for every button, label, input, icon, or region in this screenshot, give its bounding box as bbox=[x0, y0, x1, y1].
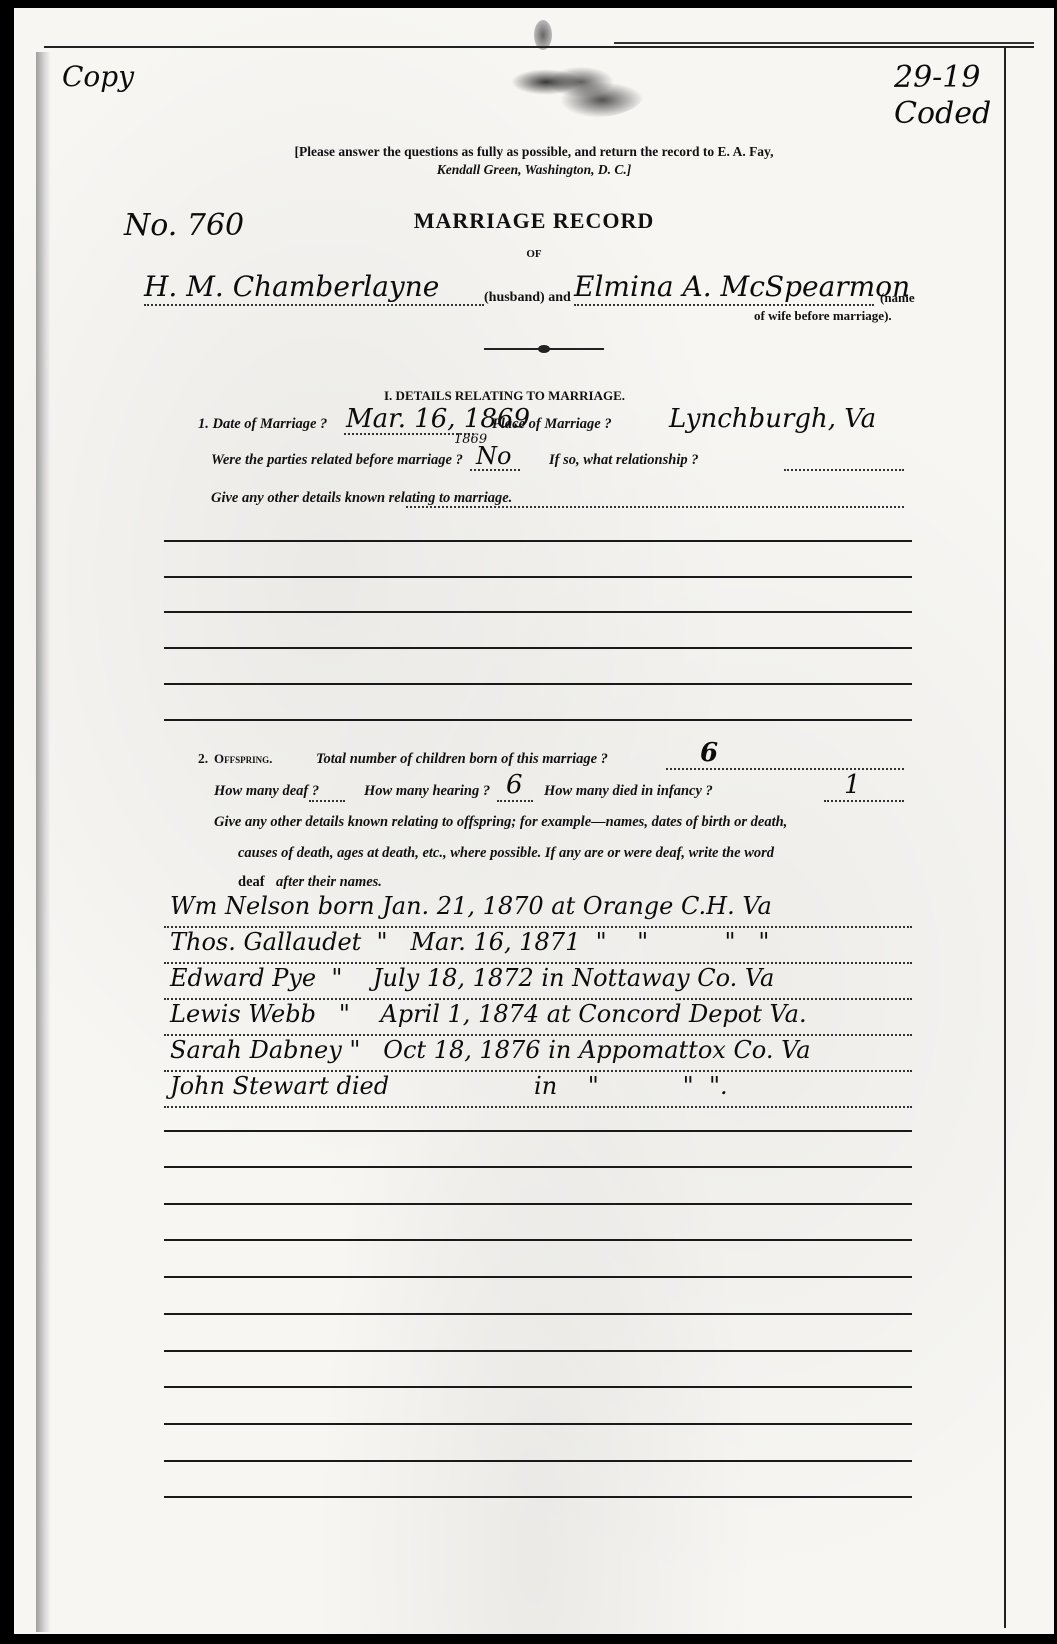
wife-name: Elmina A. McSpearmon bbox=[574, 270, 910, 303]
child-entry: Lewis Webb " April 1, 1874 at Concord De… bbox=[170, 1000, 807, 1028]
hearing-count-value: 6 bbox=[506, 770, 523, 800]
marriage-place-label: Place of Marriage ? bbox=[492, 416, 612, 433]
blank-line bbox=[164, 1460, 912, 1462]
section2-heading: Offspring. bbox=[214, 751, 272, 767]
blank-line bbox=[164, 1386, 912, 1388]
blank-line bbox=[164, 1276, 912, 1278]
husband-name-rule bbox=[144, 304, 484, 307]
died-infancy-value: 1 bbox=[844, 770, 861, 800]
related-value: No bbox=[476, 442, 511, 470]
instructions-line2: Kendall Green, Washington, D. C.] bbox=[214, 161, 854, 179]
instructions-line1: [Please answer the questions as fully as… bbox=[214, 143, 854, 161]
blank-line bbox=[164, 683, 912, 685]
blank-line bbox=[164, 1203, 912, 1205]
wife-label-1: (name bbox=[880, 290, 915, 306]
hearing-count-rule bbox=[497, 800, 533, 803]
other-marriage-details-label: Give any other details known relating to… bbox=[211, 490, 512, 507]
relationship-label: If so, what relationship ? bbox=[549, 452, 698, 469]
offspring-instructions-2: causes of death, ages at death, etc., wh… bbox=[238, 845, 774, 862]
title-of: OF bbox=[14, 248, 1054, 260]
top-rule bbox=[44, 46, 1034, 48]
offspring-instructions-3a: deaf bbox=[238, 874, 265, 891]
husband-label: (husband) and bbox=[484, 290, 571, 306]
section1-heading: I. DETAILS RELATING TO MARRIAGE. bbox=[384, 388, 625, 404]
blank-line bbox=[164, 1313, 912, 1315]
wife-label-2: of wife before marriage). bbox=[754, 308, 892, 324]
marriage-date-label: 1. Date of Marriage ? bbox=[198, 416, 327, 433]
died-infancy-label: How many died in infancy ? bbox=[544, 783, 713, 800]
child-entry: Wm Nelson born Jan. 21, 1870 at Orange C… bbox=[170, 892, 772, 920]
margin-note-coded: Coded bbox=[894, 96, 991, 131]
child-entry: John Stewart died in " " ". bbox=[170, 1072, 728, 1100]
died-infancy-rule bbox=[824, 800, 904, 803]
document-page: Copy 29-19 Coded [Please answer the ques… bbox=[14, 8, 1054, 1634]
margin-note-copy: Copy bbox=[62, 60, 134, 93]
relationship-field bbox=[784, 469, 904, 472]
blank-line bbox=[164, 719, 912, 721]
child-entry: Edward Pye " July 18, 1872 in Nottaway C… bbox=[170, 964, 774, 992]
wife-name-rule bbox=[574, 304, 874, 307]
total-children-label: Total number of children born of this ma… bbox=[316, 751, 608, 768]
blank-line bbox=[164, 1166, 912, 1168]
offspring-instructions-3b: after their names. bbox=[276, 874, 382, 891]
blank-line bbox=[164, 1130, 912, 1132]
husband-name: H. M. Chamberlayne bbox=[144, 270, 439, 303]
deaf-count-label: How many deaf ? bbox=[214, 783, 319, 800]
other-marriage-details-rule bbox=[406, 506, 904, 509]
right-page-edge bbox=[1004, 48, 1006, 1628]
section2-number: 2. bbox=[198, 751, 208, 767]
marriage-place-value: Lynchburgh, Va bbox=[669, 404, 876, 434]
deaf-count-field bbox=[309, 800, 345, 803]
page-title: MARRIAGE RECORD bbox=[14, 208, 1054, 234]
blank-line bbox=[164, 1496, 912, 1498]
related-label: Were the parties related before marriage… bbox=[211, 452, 463, 469]
instructions: [Please answer the questions as fully as… bbox=[214, 143, 854, 179]
child-entry: Sarah Dabney " Oct 18, 1876 in Appomatto… bbox=[170, 1036, 811, 1064]
blank-line bbox=[164, 576, 912, 578]
ornament-divider bbox=[484, 348, 604, 350]
total-children-rule bbox=[666, 768, 904, 771]
blank-line bbox=[164, 647, 912, 649]
blank-line bbox=[164, 1239, 912, 1241]
ink-stamp-blot bbox=[504, 58, 644, 118]
hearing-count-label: How many hearing ? bbox=[364, 783, 490, 800]
top-rule-upper bbox=[614, 42, 1034, 44]
blank-line bbox=[164, 1423, 912, 1425]
offspring-instructions-1: Give any other details known relating to… bbox=[214, 814, 787, 831]
child-entry: Thos. Gallaudet " Mar. 16, 1871 " " " " bbox=[170, 928, 769, 956]
blank-line bbox=[164, 1350, 912, 1352]
blank-line bbox=[164, 611, 912, 613]
left-binding-edge bbox=[36, 52, 50, 1632]
blank-line bbox=[164, 540, 912, 542]
margin-note-number: 29-19 bbox=[894, 60, 980, 95]
child-line bbox=[164, 1106, 912, 1109]
total-children-value: 6 bbox=[700, 738, 718, 768]
